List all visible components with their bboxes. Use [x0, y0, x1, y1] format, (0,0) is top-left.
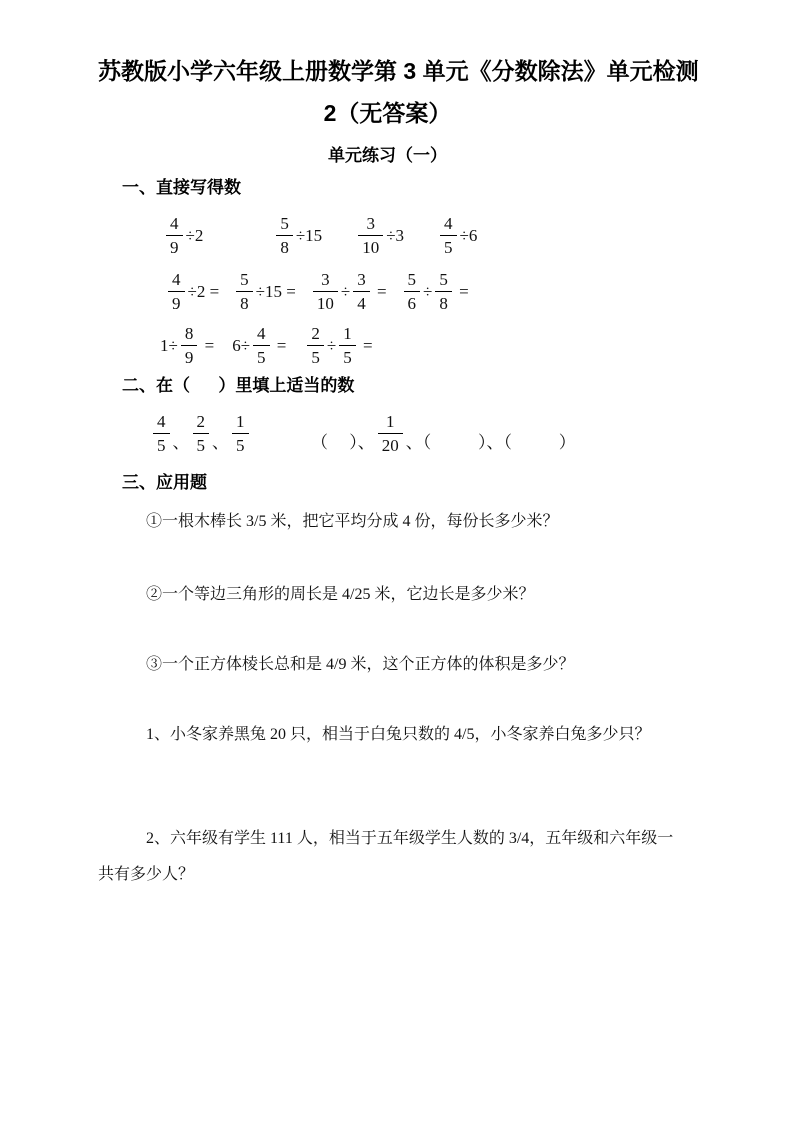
- fraction: 45: [440, 214, 457, 257]
- math-expression: 6÷45 =: [232, 324, 286, 367]
- expression-text: ÷15: [296, 226, 322, 246]
- expression-text: =: [373, 282, 387, 302]
- document-title-line-2: 2（无答案）: [98, 92, 677, 134]
- fraction: 49: [168, 270, 185, 313]
- expression-text: =: [455, 282, 469, 302]
- document-title-line-1: 苏教版小学六年级上册数学第 3 单元《分数除法》单元检测: [98, 50, 677, 92]
- fraction: 15: [232, 412, 249, 455]
- expression-text: ÷2: [186, 226, 204, 246]
- section-1-heading: 一、直接写得数: [122, 177, 677, 199]
- fill-blanks-row: 45、25、15 （ ）、120、（ ）、（ ）: [98, 412, 677, 455]
- expression-text: ÷2 =: [188, 282, 220, 302]
- expression-text: =: [200, 336, 214, 356]
- expression-text: =: [273, 336, 287, 356]
- fraction: 310: [358, 214, 383, 257]
- fraction: 45: [253, 324, 270, 367]
- fraction: 56: [404, 270, 421, 313]
- word-problem-1: ①一根木棒长 3/5 米，把它平均分成 4 份，每份长多少米？: [98, 504, 677, 540]
- fraction: 15: [339, 324, 356, 367]
- expression-text: 、: [212, 428, 229, 455]
- word-problem-5: 2、六年级有学生 111 人，相当于五年级学生人数的 3/4，五年级和六年级一共…: [98, 821, 677, 893]
- section-3-heading: 三、应用题: [122, 472, 677, 494]
- math-expression: 49÷2 =: [165, 270, 219, 313]
- fraction: 45: [153, 412, 170, 455]
- calc-row-1: 49÷2 58÷15 310÷3 45÷6: [98, 214, 677, 257]
- expression-text: ÷: [327, 336, 336, 356]
- fraction: 58: [276, 214, 293, 257]
- expression-text: ÷3: [386, 226, 404, 246]
- fraction: 49: [166, 214, 183, 257]
- math-expression: 56÷58 =: [401, 270, 469, 313]
- fraction: 89: [181, 324, 198, 367]
- expression-text: 、: [173, 428, 190, 455]
- word-problem-4: 1、小冬家养黑兔 20 只，相当于白兔只数的 4/5，小冬家养白兔多少只？: [98, 717, 677, 753]
- expression-text: ÷: [423, 282, 432, 302]
- word-problem-3: ③一个正方体棱长总和是 4/9 米，这个正方体的体积是多少？: [98, 647, 677, 683]
- expression-text: 、（ ）、（ ）: [406, 428, 576, 455]
- worksheet-page: 苏教版小学六年级上册数学第 3 单元《分数除法》单元检测 2（无答案） 单元练习…: [0, 0, 793, 1122]
- calc-row-3: 1÷89 = 6÷45 = 25÷15 =: [98, 324, 677, 367]
- document-title: 苏教版小学六年级上册数学第 3 单元《分数除法》单元检测 2（无答案）: [98, 50, 677, 134]
- expression-text: ÷15 =: [256, 282, 296, 302]
- fraction: 25: [307, 324, 324, 367]
- math-expression: 58÷15 =: [233, 270, 296, 313]
- expression-text: 6÷: [232, 336, 250, 356]
- math-expression: 58÷15: [273, 214, 322, 257]
- math-expression: 25÷15 =: [304, 324, 372, 367]
- word-problem-2: ②一个等边三角形的周长是 4/25 米，它边长是多少米？: [98, 577, 677, 613]
- expression-text: （ ）、: [252, 428, 375, 455]
- section-2-heading: 二、在（ ）里填上适当的数: [122, 375, 677, 397]
- expression-text: =: [359, 336, 373, 356]
- expression-text: 1÷: [160, 336, 178, 356]
- math-expression: 49÷2: [163, 214, 203, 257]
- math-expression: 310÷34 =: [310, 270, 387, 313]
- fraction: 58: [236, 270, 253, 313]
- fraction: 25: [193, 412, 210, 455]
- math-expression: 45÷6: [437, 214, 477, 257]
- expression-text: ÷6: [460, 226, 478, 246]
- fraction: 310: [313, 270, 338, 313]
- math-expression: 45、25、15 （ ）、120、（ ）、（ ）: [150, 412, 576, 455]
- unit-exercise-subtitle: 单元练习（一）: [98, 143, 677, 169]
- fraction: 120: [378, 412, 403, 455]
- fraction: 34: [353, 270, 370, 313]
- expression-text: ÷: [341, 282, 350, 302]
- math-expression: 1÷89 =: [160, 324, 214, 367]
- calc-row-2: 49÷2 = 58÷15 = 310÷34 = 56÷58 =: [98, 270, 677, 313]
- math-expression: 310÷3: [355, 214, 404, 257]
- fraction: 58: [435, 270, 452, 313]
